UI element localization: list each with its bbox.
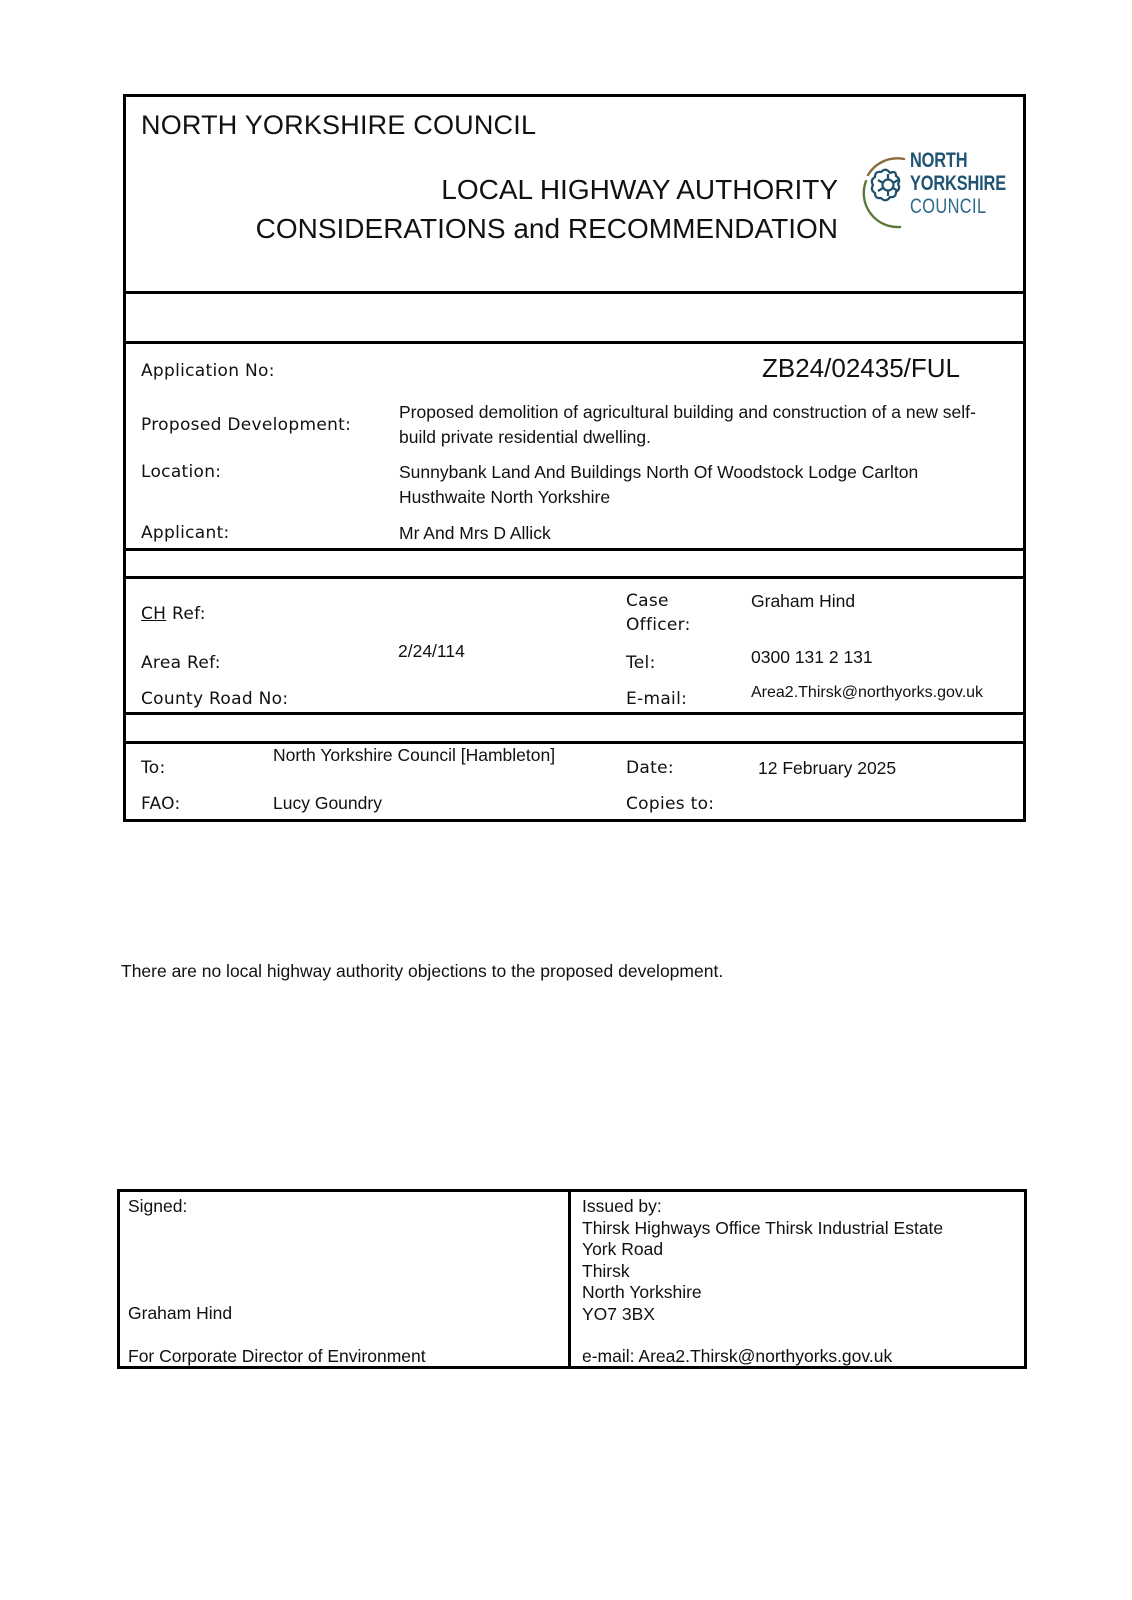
divider [126,712,1023,715]
email-value[interactable]: Area2.Thirsk@northyorks.gov.uk [751,684,983,702]
application-no-label: Application No: [141,361,275,381]
divider [126,548,1023,551]
ch-ref-label-rest: Ref: [166,604,206,624]
issued-by-line: Thirsk Highways Office Thirsk Industrial… [582,1218,943,1240]
document-title-line2: CONSIDERATIONS and RECOMMENDATION [256,213,838,245]
divider [126,741,1023,744]
issued-by-block: Issued by: Thirsk Highways Office Thirsk… [582,1196,943,1325]
location-line1: Sunnybank Land And Buildings North Of Wo… [399,460,918,485]
location-line2: Husthwaite North Yorkshire [399,485,610,510]
column-divider [568,1192,571,1366]
tel-value: 0300 131 2 131 [751,645,873,670]
issued-by-label: Issued by: [582,1196,943,1218]
signatory-role: For Corporate Director of Environment [128,1346,426,1368]
logo-text-yorkshire: YORKSHIRE [910,172,1006,195]
council-name: NORTH YORKSHIRE COUNCIL [141,110,536,141]
county-road-no-label: County Road No: [141,689,288,709]
email-label: E-mail: [626,689,687,709]
signatory-name: Graham Hind [128,1303,232,1325]
proposed-development-line1: Proposed demolition of agricultural buil… [399,400,976,425]
issued-by-line: YO7 3BX [582,1304,943,1326]
application-no-value: ZB24/02435/FUL [762,353,960,384]
to-value: North Yorkshire Council [Hambleton] [273,743,555,768]
divider [126,341,1023,344]
date-label: Date: [626,758,674,778]
applicant-value: Mr And Mrs D Allick [399,521,551,546]
yorkshire-rose-icon [860,147,912,231]
fao-label: FAO: [141,794,181,814]
divider [126,576,1023,579]
proposed-development-label: Proposed Development: [141,415,351,435]
ch-ref-label-underlined: CH [141,604,166,624]
highway-authority-form: NORTH YORKSHIRE COUNCIL LOCAL HIGHWAY AU… [123,94,1026,822]
signature-box: Signed: Graham Hind For Corporate Direct… [117,1189,1027,1369]
case-officer-value: Graham Hind [751,589,855,614]
logo-wordmark: NORTH YORKSHIRE COUNCIL [910,149,1006,218]
tel-label: Tel: [626,653,656,673]
council-logo: NORTH YORKSHIRE COUNCIL [860,147,1020,231]
area-ref-label: Area Ref: [141,653,221,673]
to-label: To: [141,758,166,778]
document-title-line1: LOCAL HIGHWAY AUTHORITY [441,174,838,206]
fao-value: Lucy Goundry [273,791,382,816]
logo-text-north: NORTH [910,149,1006,172]
issued-by-line: Thirsk [582,1261,943,1283]
area-ref-value: 2/24/114 [398,639,465,664]
issued-by-line: North Yorkshire [582,1282,943,1304]
proposed-development-line2: build private residential dwelling. [399,425,651,450]
issued-by-line: York Road [582,1239,943,1261]
case-officer-label-line2: Officer: [626,615,691,635]
applicant-label: Applicant: [141,523,230,543]
date-value: 12 February 2025 [758,756,896,781]
divider [126,291,1023,294]
copies-to-label: Copies to: [626,794,714,814]
case-officer-label-line1: Case [626,591,669,611]
issued-by-email[interactable]: e-mail: Area2.Thirsk@northyorks.gov.uk [582,1346,892,1368]
recommendation-statement: There are no local highway authority obj… [121,961,723,982]
signed-label: Signed: [128,1196,187,1218]
location-label: Location: [141,462,221,482]
logo-text-council: COUNCIL [910,195,1006,218]
ch-ref-label: CH Ref: [141,604,206,624]
